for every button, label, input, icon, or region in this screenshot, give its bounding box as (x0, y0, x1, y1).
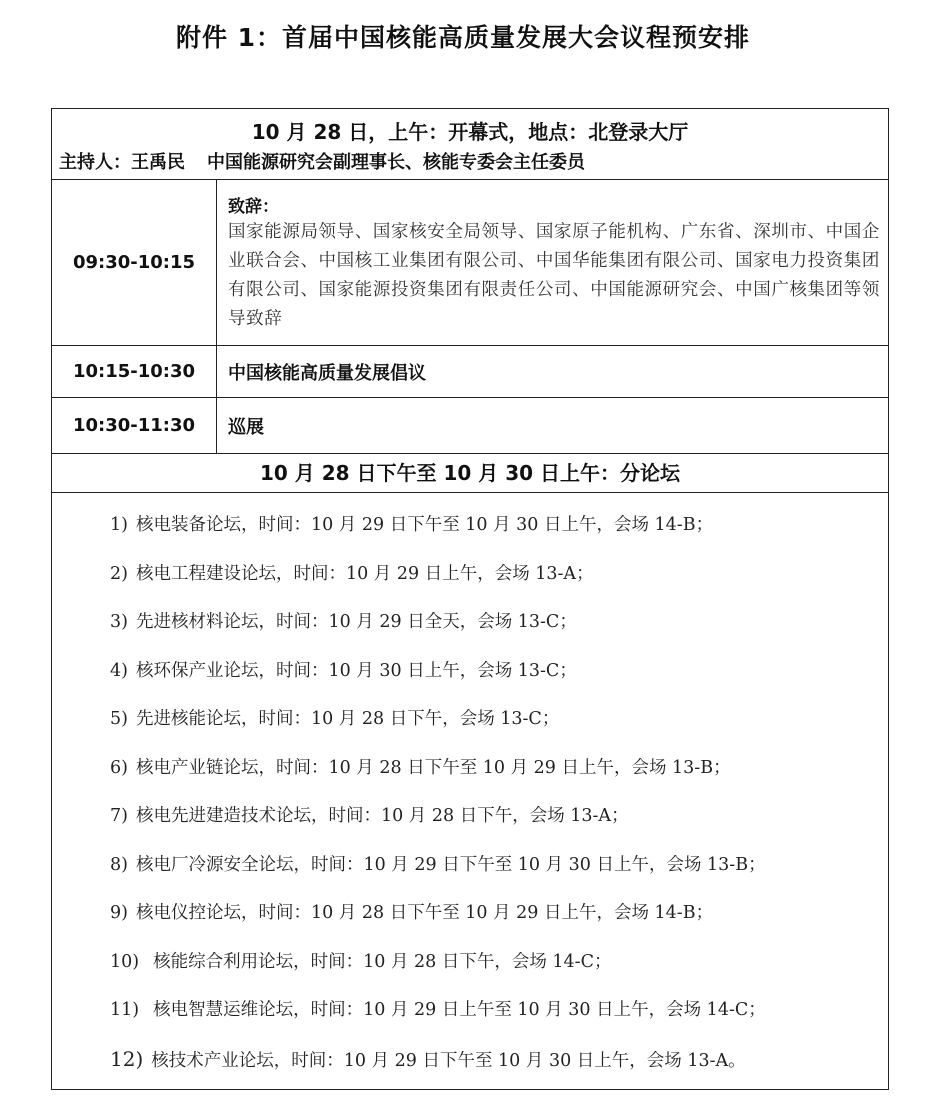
session-content: 致辞： 国家能源局领导、国家核安全局领导、国家原子能机构、广东省、深圳市、中国企… (217, 180, 888, 345)
speech-label: 致辞： (228, 196, 880, 218)
host-name: 主持人：王禹民 (59, 152, 185, 173)
forum-item: 7)核电先进建造技术论坛，时间：10 月 28 日下午，会场 13-A； (110, 792, 766, 841)
opening-header-row: 10 月 28 日，上午：开幕式，地点：北登录大厅 主持人：王禹民中国能源研究会… (52, 109, 888, 180)
forum-item: 4)核环保产业论坛，时间：10 月 30 日上午，会场 13-C； (110, 647, 766, 696)
agenda-table: 10 月 28 日，上午：开幕式，地点：北登录大厅 主持人：王禹民中国能源研究会… (51, 108, 889, 1090)
forums-header-row: 10 月 28 日下午至 10 月 30 日上午：分论坛 (52, 454, 888, 493)
forums-list-row: 1)核电装备论坛，时间：10 月 29 日下午至 10 月 30 日上午，会场 … (52, 493, 888, 1089)
opening-section-title: 10 月 28 日，上午：开幕式，地点：北登录大厅 (52, 109, 888, 145)
forum-item: 6)核电产业链论坛，时间：10 月 28 日下午至 10 月 29 日上午，会场… (110, 744, 766, 793)
forums-section-title: 10 月 28 日下午至 10 月 30 日上午：分论坛 (52, 454, 888, 492)
session-row-tour: 10:30-11:30 巡展 (52, 398, 888, 454)
session-row-initiative: 10:15-10:30 中国核能高质量发展倡议 (52, 346, 888, 398)
speech-body: 国家能源局领导、国家核安全局领导、国家原子能机构、广东省、深圳市、中国企业联合会… (228, 218, 880, 334)
session-time: 10:15-10:30 (52, 346, 217, 397)
forum-item: 1)核电装备论坛，时间：10 月 29 日下午至 10 月 30 日上午，会场 … (110, 501, 766, 550)
forum-item: 5)先进核能论坛，时间：10 月 28 日下午，会场 13-C； (110, 695, 766, 744)
forum-item: 8)核电厂冷源安全论坛，时间：10 月 29 日下午至 10 月 30 日上午，… (110, 841, 766, 890)
forum-item: 11)核电智慧运维论坛，时间：10 月 29 日上午至 10 月 30 日上午，… (110, 986, 766, 1035)
forum-list: 1)核电装备论坛，时间：10 月 29 日下午至 10 月 30 日上午，会场 … (52, 493, 766, 1089)
session-content: 巡展 (217, 398, 888, 453)
session-row-speeches: 09:30-10:15 致辞： 国家能源局领导、国家核安全局领导、国家原子能机构… (52, 180, 888, 346)
session-time: 09:30-10:15 (52, 180, 217, 345)
host-title: 中国能源研究会副理事长、核能专委会主任委员 (207, 152, 585, 173)
session-time: 10:30-11:30 (52, 398, 217, 453)
forum-item: 12)核技术产业论坛，时间：10 月 29 日下午至 10 月 30 日上午，会… (110, 1035, 766, 1084)
document-title: 附件 1：首届中国核能高质量发展大会议程预安排 (0, 18, 926, 54)
forum-item: 10)核能综合利用论坛，时间：10 月 28 日下午，会场 14-C； (110, 938, 766, 987)
session-title: 巡展 (228, 413, 880, 439)
forum-item: 9)核电仪控论坛，时间：10 月 28 日下午至 10 月 29 日上午，会场 … (110, 889, 766, 938)
forum-item: 2)核电工程建设论坛，时间：10 月 29 日上午，会场 13-A； (110, 550, 766, 599)
host-line: 主持人：王禹民中国能源研究会副理事长、核能专委会主任委员 (52, 145, 888, 179)
session-title: 中国核能高质量发展倡议 (228, 359, 880, 385)
session-content: 中国核能高质量发展倡议 (217, 346, 888, 397)
forum-item: 3)先进核材料论坛，时间：10 月 29 日全天，会场 13-C； (110, 598, 766, 647)
